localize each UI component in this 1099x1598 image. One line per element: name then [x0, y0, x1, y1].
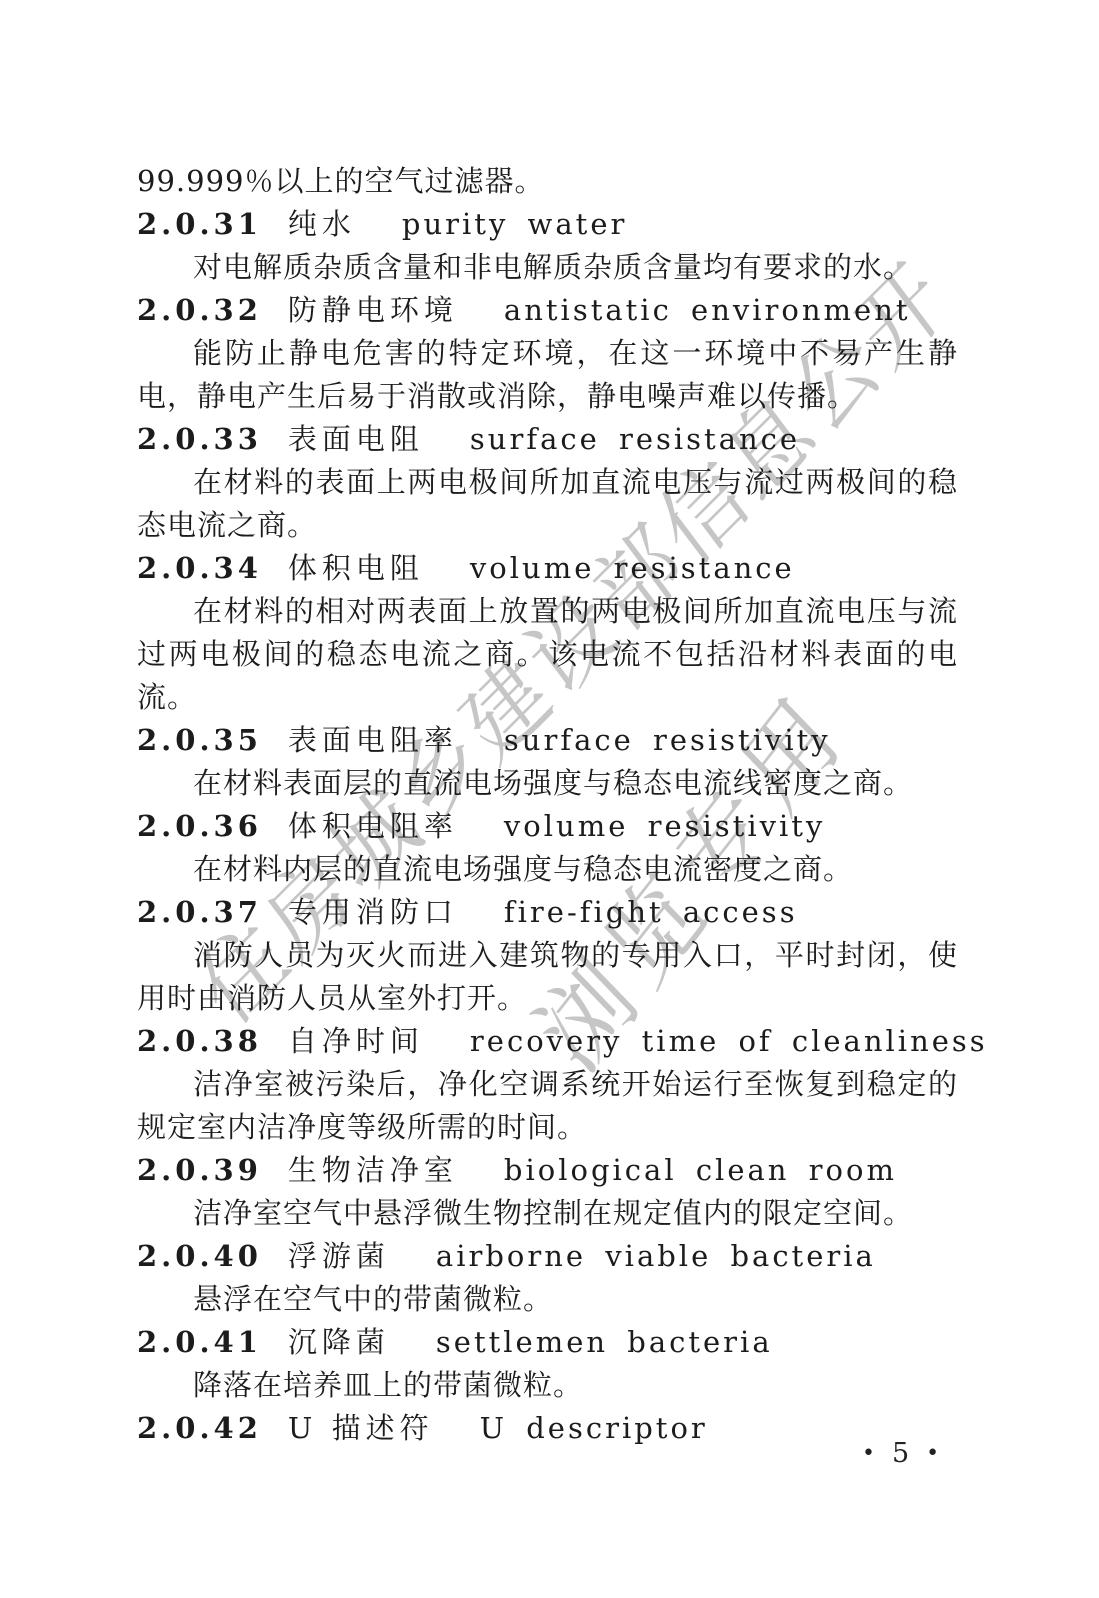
entry-heading: 2.0.42U 描述符U descriptor — [137, 1407, 958, 1450]
term-entry: 2.0.35表面电阻率surface resistivity 在材料表面层的直流… — [137, 719, 958, 805]
entry-term-en: antistatic environment — [504, 293, 911, 327]
entry-term-zh: 体积电阻 — [288, 551, 424, 585]
term-entry: 2.0.40浮游菌airborne viable bacteria 悬浮在空气中… — [137, 1235, 958, 1321]
footer-dot-left: • — [862, 1441, 875, 1466]
entry-number: 2.0.34 — [137, 551, 262, 585]
entry-definition: 在材料内层的直流电场强度与稳态电流密度之商。 — [137, 848, 958, 891]
entry-term-zh: 表面电阻率 — [288, 723, 458, 757]
entry-heading: 2.0.36体积电阻率volume resistivity — [137, 805, 958, 848]
term-entry: 2.0.38自净时间recovery time of cleanliness 洁… — [137, 1020, 958, 1149]
entry-term-en: biological clean room — [504, 1153, 897, 1187]
entry-heading: 2.0.41沉降菌settlemen bacteria — [137, 1321, 958, 1364]
entry-heading: 2.0.31纯水purity water — [137, 203, 958, 246]
entry-number: 2.0.32 — [137, 293, 262, 327]
term-entry: 2.0.39生物洁净室biological clean room 洁净室空气中悬… — [137, 1149, 958, 1235]
entry-term-en: surface resistance — [470, 422, 800, 456]
entry-term-zh: 表面电阻 — [288, 422, 424, 456]
entry-term-zh: 生物洁净室 — [288, 1153, 458, 1187]
document-page: 住房城乡建设部信息公开 浏览专用 99.999％以上的空气过滤器。 2.0.31… — [0, 0, 1099, 1598]
entry-definition: 悬浮在空气中的带菌微粒。 — [137, 1278, 958, 1321]
entry-definition: 洁净室空气中悬浮微生物控制在规定值内的限定空间。 — [137, 1192, 958, 1235]
entry-term-zh: 自净时间 — [288, 1024, 424, 1058]
entry-term-en: airborne viable bacteria — [436, 1239, 876, 1273]
entry-definition: 消防人员为灭火而进入建筑物的专用入口，平时封闭，使用时由消防人员从室外打开。 — [137, 934, 958, 1020]
entry-definition: 能防止静电危害的特定环境，在这一环境中不易产生静电，静电产生后易于消散或消除，静… — [137, 332, 958, 418]
entry-term-en: settlemen bacteria — [436, 1325, 773, 1359]
page-footer: • 5 • — [862, 1438, 939, 1469]
entry-term-en: purity water — [402, 207, 627, 241]
entry-heading: 2.0.40浮游菌airborne viable bacteria — [137, 1235, 958, 1278]
entry-number: 2.0.35 — [137, 723, 262, 757]
continuation-paragraph: 99.999％以上的空气过滤器。 — [137, 160, 958, 203]
entry-term-zh: 专用消防口 — [288, 895, 458, 929]
entry-number: 2.0.31 — [137, 207, 262, 241]
entry-definition: 在材料的表面上两电极间所加直流电压与流过两极间的稳态电流之商。 — [137, 461, 958, 547]
entry-number: 2.0.33 — [137, 422, 262, 456]
entry-term-en: volume resistance — [470, 551, 795, 585]
term-entry: 2.0.36体积电阻率volume resistivity 在材料内层的直流电场… — [137, 805, 958, 891]
entry-heading: 2.0.35表面电阻率surface resistivity — [137, 719, 958, 762]
entry-term-en: volume resistivity — [504, 809, 825, 843]
terminology-list: 99.999％以上的空气过滤器。 2.0.31纯水purity water 对电… — [137, 160, 958, 1450]
page-number: 5 — [892, 1438, 909, 1469]
entry-term-en: surface resistivity — [504, 723, 831, 757]
entry-heading: 2.0.37专用消防口fire-fight access — [137, 891, 958, 934]
entry-definition: 对电解质杂质含量和非电解质杂质含量均有要求的水。 — [137, 246, 958, 289]
entry-number: 2.0.36 — [137, 809, 262, 843]
entry-definition: 在材料表面层的直流电场强度与稳态电流线密度之商。 — [137, 762, 958, 805]
entry-heading: 2.0.39生物洁净室biological clean room — [137, 1149, 958, 1192]
entry-term-zh: 体积电阻率 — [288, 809, 458, 843]
term-entry: 2.0.33表面电阻surface resistance 在材料的表面上两电极间… — [137, 418, 958, 547]
term-entry: 2.0.41沉降菌settlemen bacteria 降落在培养皿上的带菌微粒… — [137, 1321, 958, 1407]
entry-term-en: U descriptor — [480, 1411, 708, 1445]
entry-heading: 2.0.34体积电阻volume resistance — [137, 547, 958, 590]
entry-number: 2.0.38 — [137, 1024, 262, 1058]
term-entry: 2.0.37专用消防口fire-fight access 消防人员为灭火而进入建… — [137, 891, 958, 1020]
entry-number: 2.0.37 — [137, 895, 262, 929]
term-entry: 2.0.31纯水purity water 对电解质杂质含量和非电解质杂质含量均有… — [137, 203, 958, 289]
term-entry: 2.0.42U 描述符U descriptor — [137, 1407, 958, 1450]
entry-heading: 2.0.38自净时间recovery time of cleanliness — [137, 1020, 958, 1063]
entry-term-en: fire-fight access — [504, 895, 798, 929]
entry-heading: 2.0.33表面电阻surface resistance — [137, 418, 958, 461]
entry-definition: 降落在培养皿上的带菌微粒。 — [137, 1364, 958, 1407]
entry-term-zh: 防静电环境 — [288, 293, 458, 327]
term-entry: 2.0.32防静电环境antistatic environment 能防止静电危… — [137, 289, 958, 418]
entry-number: 2.0.41 — [137, 1325, 262, 1359]
footer-dot-right: • — [926, 1441, 939, 1466]
entry-number: 2.0.40 — [137, 1239, 262, 1273]
entry-definition: 在材料的相对两表面上放置的两电极间所加直流电压与流过两电极间的稳态电流之商。该电… — [137, 590, 958, 719]
entry-heading: 2.0.32防静电环境antistatic environment — [137, 289, 958, 332]
entry-term-zh: 沉降菌 — [288, 1325, 390, 1359]
entry-term-zh: U 描述符 — [288, 1411, 434, 1445]
entry-term-en: recovery time of cleanliness — [470, 1024, 988, 1058]
entry-term-zh: 纯水 — [288, 207, 356, 241]
term-entry: 2.0.34体积电阻volume resistance 在材料的相对两表面上放置… — [137, 547, 958, 719]
entry-number: 2.0.42 — [137, 1411, 262, 1445]
entry-term-zh: 浮游菌 — [288, 1239, 390, 1273]
entry-number: 2.0.39 — [137, 1153, 262, 1187]
entry-definition: 洁净室被污染后，净化空调系统开始运行至恢复到稳定的规定室内洁净度等级所需的时间。 — [137, 1063, 958, 1149]
